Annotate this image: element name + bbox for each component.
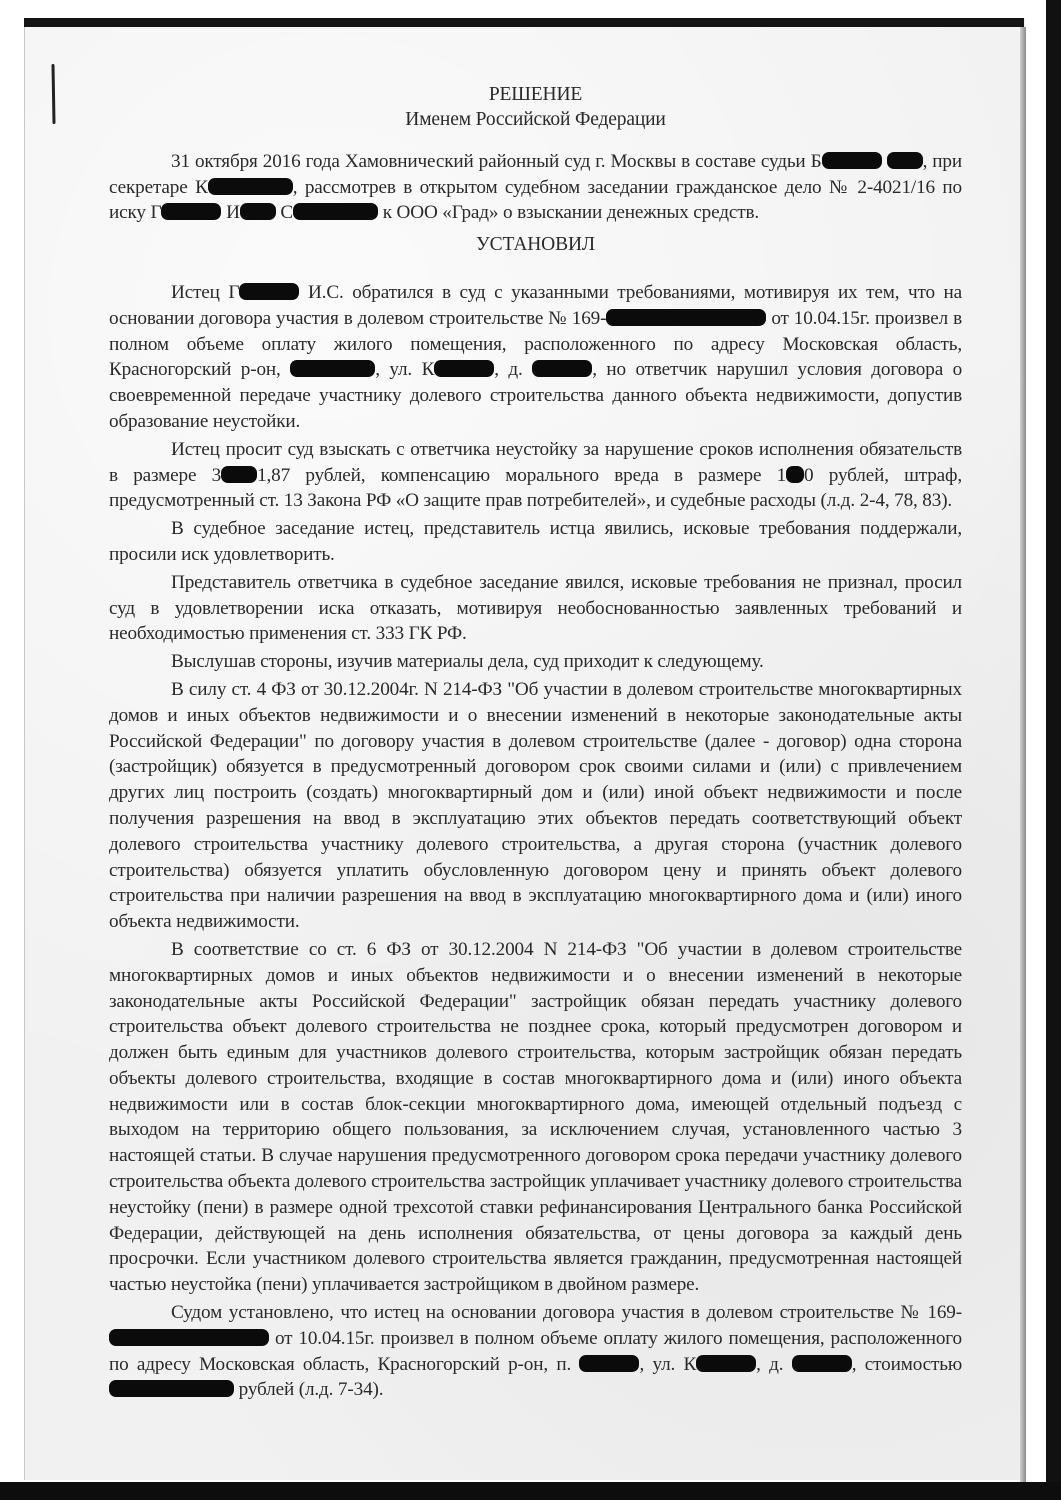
intro-text: 31 октября 2016 года Хамовнический район… [171,151,822,172]
paragraph-court-established: Судом установлено, что истец на основани… [109,1300,962,1403]
intro-text: С [276,202,293,223]
section-heading-ustanovil: УСТАНОВИЛ [109,232,962,258]
paragraph-court-conclusion: Выслушав стороны, изучив материалы дела,… [109,649,962,675]
redaction [109,1329,269,1346]
document-title: РЕШЕНИЕ [109,82,962,107]
redaction [579,1355,639,1372]
paragraph-law-article-4: В силу ст. 4 ФЗ от 30.12.2004г. N 214-ФЗ… [109,677,962,935]
paragraph-hearing-plaintiff: В судебное заседание истец, представител… [109,516,962,568]
intro-text: И [221,202,239,223]
redaction [221,466,257,483]
redaction [290,360,375,377]
intro-text: к ООО «Град» о взыскании денежных средст… [378,202,759,223]
scan-top-border [24,18,1024,27]
paragraph-text: 1,87 рублей, компенсацию морального вред… [257,465,786,486]
redaction [887,152,923,169]
redaction [239,283,299,300]
document-body: РЕШЕНИЕ Именем Российской Федерации 31 о… [109,82,962,1405]
redaction [606,309,766,326]
paragraph-hearing-defendant: Представитель ответчика в судебное засед… [109,570,962,647]
redaction [792,1355,852,1372]
page-edge-shadow [1020,27,1026,1482]
paragraph-claim: Истец Г И.С. обратился в суд с указанным… [109,280,962,435]
paragraph-text: , ул. К [375,359,434,380]
redaction [208,178,293,195]
redaction [240,203,276,220]
paragraph-law-article-6: В соответствие со ст. 6 ФЗ от 30.12.2004… [109,937,962,1298]
paragraph-text: Судом установлено, что истец на основани… [171,1302,962,1323]
paragraph-text: , ул. К [639,1354,696,1375]
paragraph-text: Истец Г [171,282,239,303]
redaction [532,360,592,377]
document-subtitle: Именем Российской Федерации [109,107,962,133]
redaction [822,152,882,169]
redaction [786,466,804,483]
scan-bottom-border [0,1482,1061,1500]
redaction [434,360,494,377]
scan-right-border [1046,0,1061,1500]
intro-paragraph: 31 октября 2016 года Хамовнический район… [109,149,962,226]
paragraph-text: рублей (л.д. 7-34). [234,1379,383,1400]
redaction [161,203,221,220]
paragraph-text: , д. [756,1354,792,1375]
redaction [696,1355,756,1372]
paragraph-demands: Истец просит суд взыскать с ответчика не… [109,437,962,514]
redaction [109,1380,234,1397]
redaction [293,203,378,220]
paragraph-text: , стоимостью [852,1354,962,1375]
paragraph-text: , д. [494,359,532,380]
